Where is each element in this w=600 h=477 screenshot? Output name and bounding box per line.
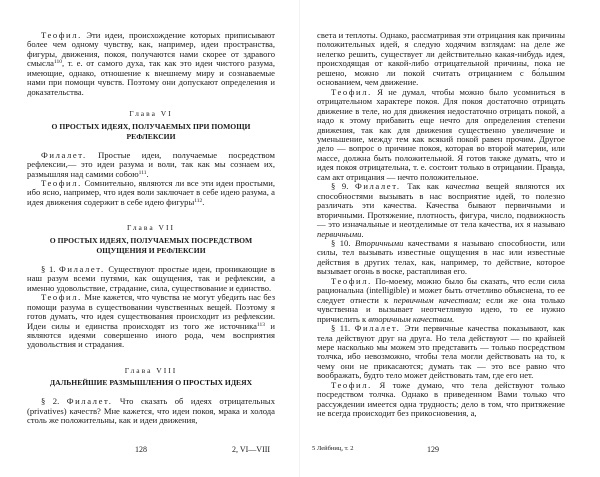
chapter-heading: Глава VI О ПРОСТЫХ ИДЕЯХ, ПОЛУЧАЕМЫХ ПРИ… <box>27 109 275 141</box>
chapter-label: Глава VI <box>27 109 275 118</box>
page-number: 129 <box>427 445 439 454</box>
running-signature: 2, VI—VIII <box>232 445 270 454</box>
chapter-title: ДАЛЬНЕЙШИЕ РАЗМЫШЛЕНИЯ О ПРОСТЫХ ИДЕЯХ <box>27 378 275 388</box>
footnote-ref[interactable]: 111 <box>139 170 147 176</box>
paragraph: § 2. Филалет. Что сказать об идеях отриц… <box>27 397 275 425</box>
paragraph: Теофил. По-моему, можно было бы сказать,… <box>317 277 565 324</box>
paragraph: Теофил. Сомнительно, являются ли все эти… <box>27 179 275 207</box>
paragraph: Филалет. Простые идеи, получаемые посред… <box>27 151 275 179</box>
footnote-ref[interactable]: 110 <box>54 59 62 65</box>
page-number: 128 <box>135 445 147 454</box>
chapter-title: О ПРОСТЫХ ИДЕЯХ, ПОЛУЧАЕМЫХ ПРИ ПОМОЩИ Р… <box>27 122 275 142</box>
chapter-title: О ПРОСТЫХ ИДЕЯХ, ПОЛУЧАЕМЫХ ПОСРЕДСТВОМ … <box>27 236 275 256</box>
paragraph: § 10. Вторичными качествами я называю сп… <box>317 239 565 277</box>
page-gutter <box>299 0 300 477</box>
paragraph: § 9. Филалет. Так как качества вещей явл… <box>317 182 565 239</box>
paragraph: Теофил. Мне кажется, что чувства не могу… <box>27 293 275 350</box>
chapter-label: Глава VIII <box>27 366 275 375</box>
chapter-heading: Глава VII О ПРОСТЫХ ИДЕЯХ, ПОЛУЧАЕМЫХ ПО… <box>27 223 275 255</box>
paragraph: Теофил. Эти идеи, происхождение которых … <box>27 31 275 97</box>
right-page: света и теплоты. Однако, рассматривая эт… <box>317 31 565 419</box>
paragraph: § 11. Филалет. Эти первичные качества по… <box>317 324 565 381</box>
paragraph: Теофил. Я тоже думаю, что тела действуют… <box>317 381 565 419</box>
paragraph: Теофил. Я не думал, чтобы можно было усо… <box>317 88 565 183</box>
running-signature: 5 Лейбниц, т. 2 <box>312 445 353 452</box>
left-page: Теофил. Эти идеи, происхождение которых … <box>27 31 275 426</box>
footnote-ref[interactable]: 113 <box>257 322 265 328</box>
chapter-label: Глава VII <box>27 223 275 232</box>
chapter-heading: Глава VIII ДАЛЬНЕЙШИЕ РАЗМЫШЛЕНИЯ О ПРОС… <box>27 366 275 388</box>
paragraph: света и теплоты. Однако, рассматривая эт… <box>317 31 565 88</box>
paragraph: § 1. Филалет. Существуют простые идеи, п… <box>27 265 275 293</box>
